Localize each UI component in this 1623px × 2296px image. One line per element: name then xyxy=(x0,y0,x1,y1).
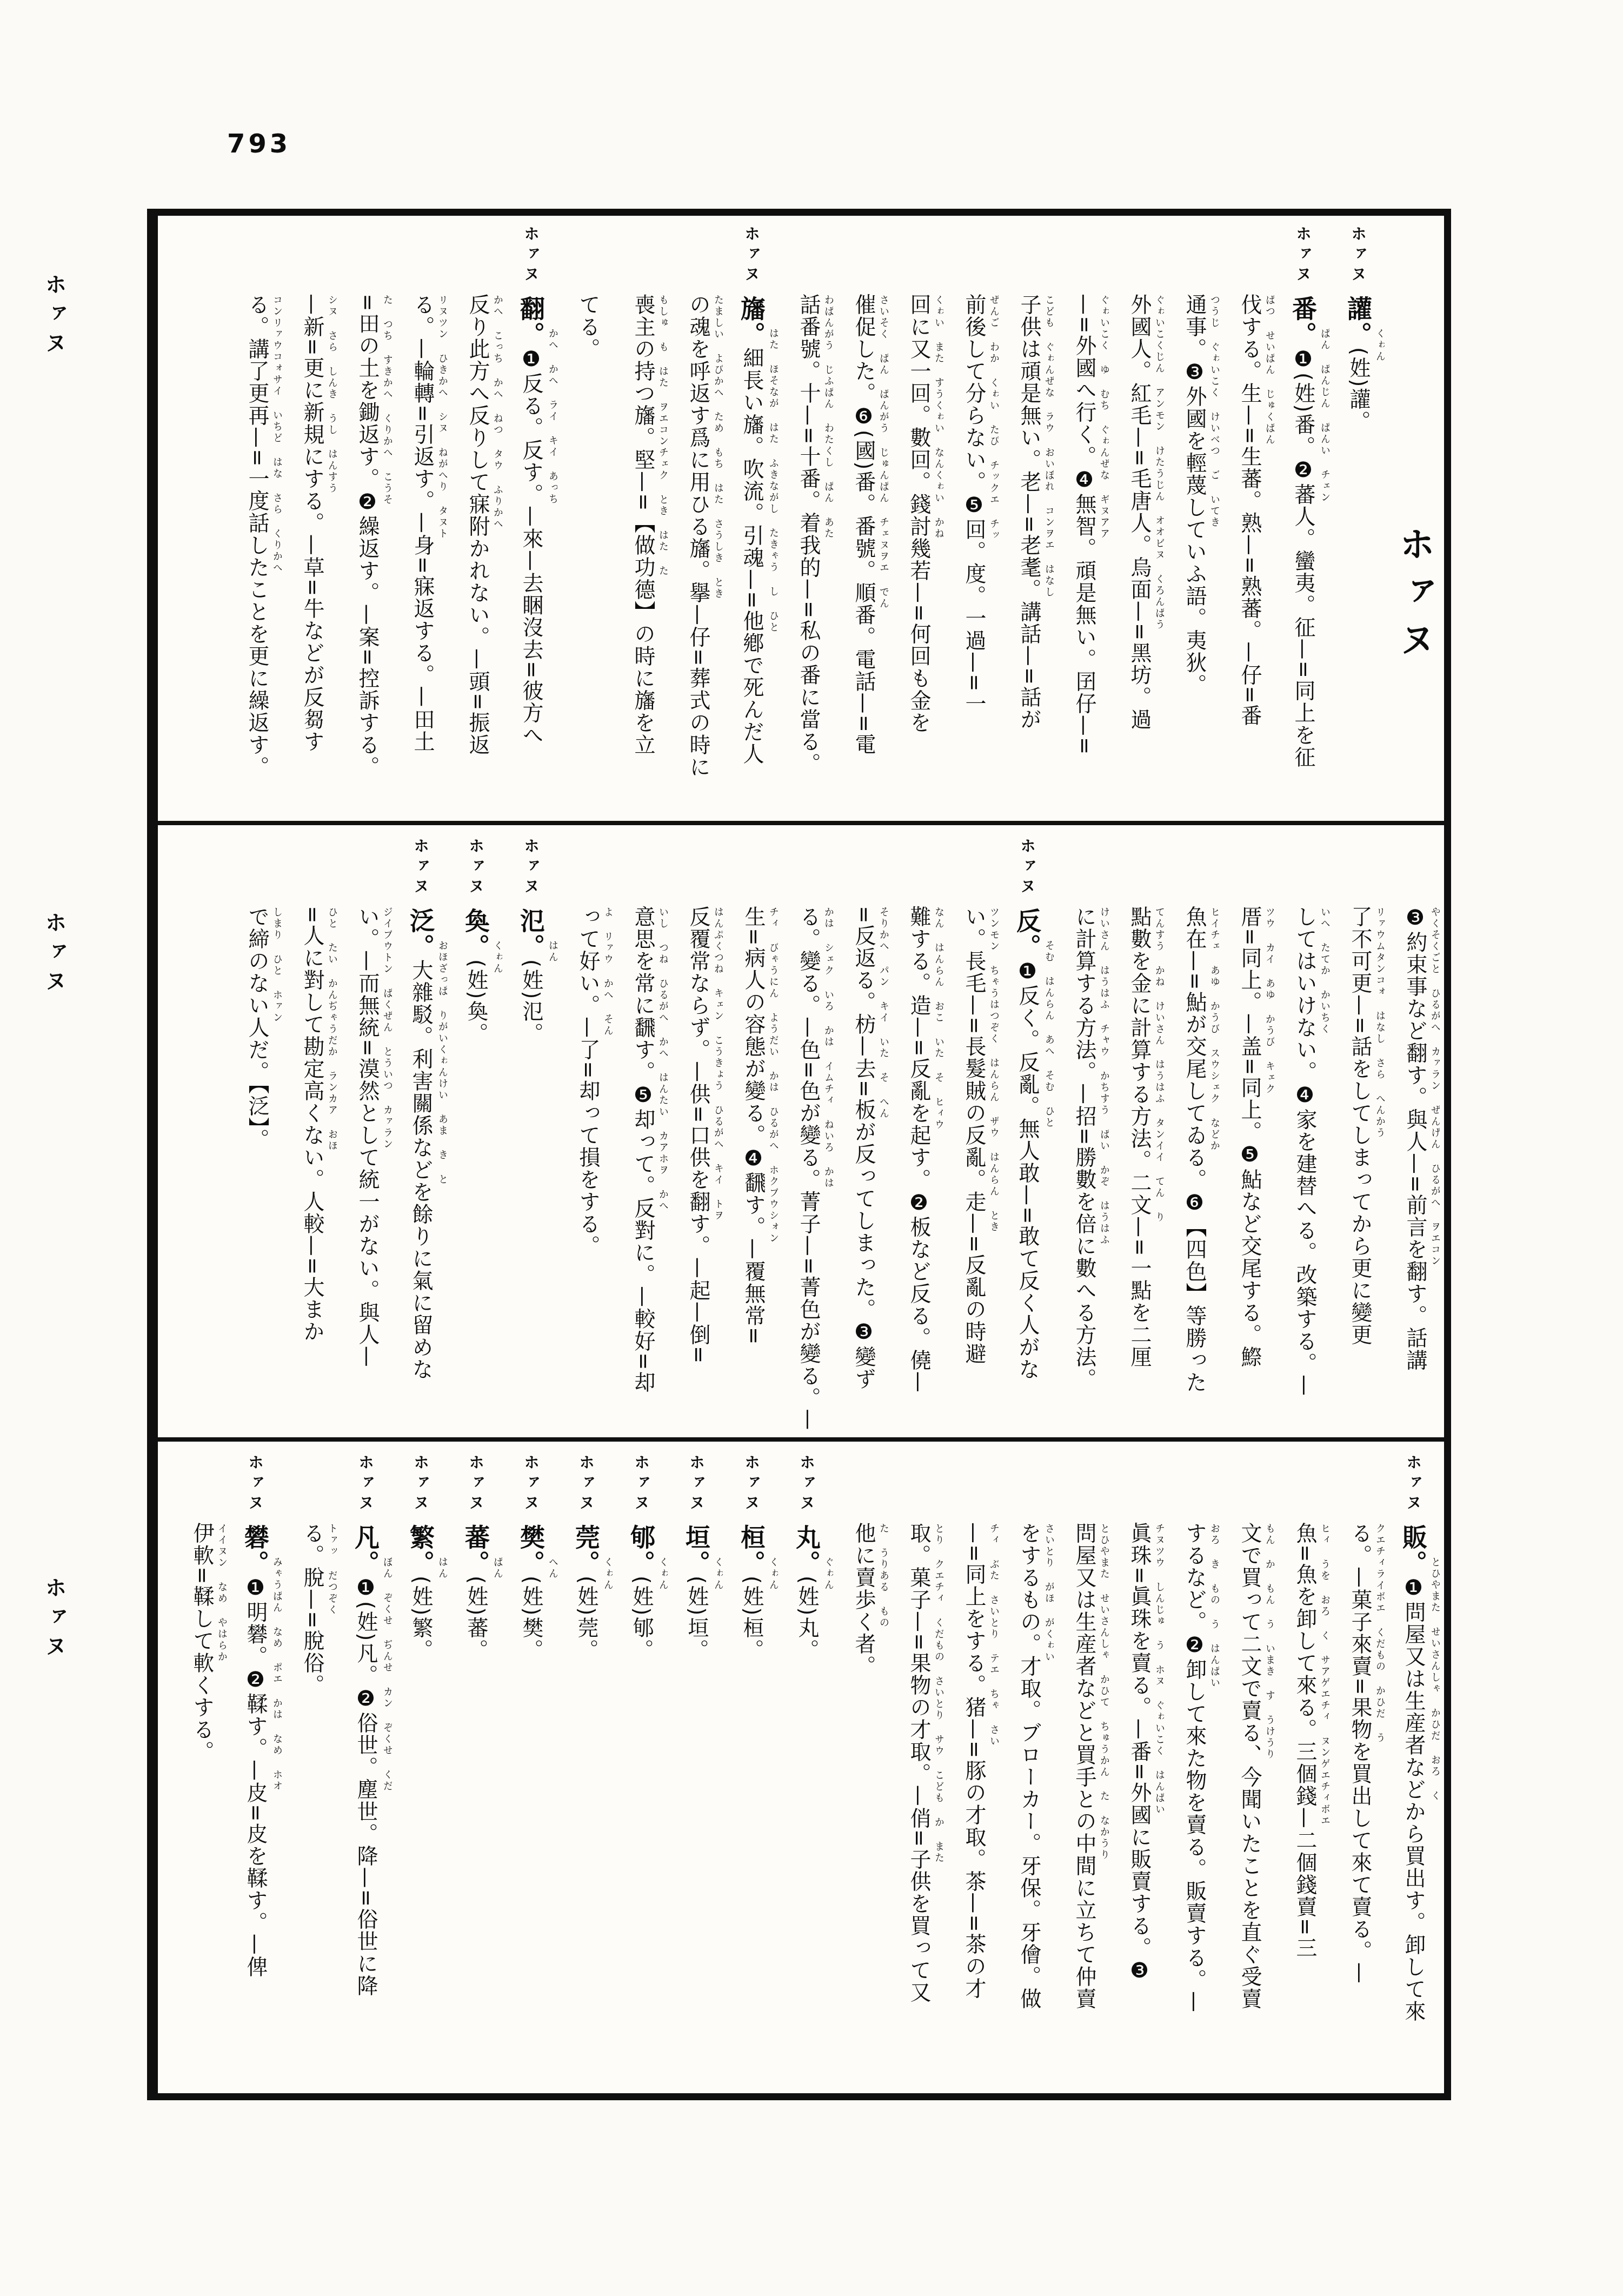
column-text: ホァヌ 莞。(姓)莞。 xyxy=(573,1454,598,1661)
entry-column: ホァヌ 蕃。(姓)蕃。ばん xyxy=(446,1454,501,2092)
entry-reading: ホァヌ xyxy=(522,838,540,907)
column-text: ホァヌ 桓。(姓)桓。 xyxy=(738,1454,764,1661)
text-column: い。—而無統=漠然として統一がない。與人—ジイブウトン ばくぜん とういつ カァ… xyxy=(336,838,391,1427)
entry-reading: ホァヌ xyxy=(1294,225,1312,295)
entry-reading: ホァヌ xyxy=(1018,838,1036,907)
furigana: かへ こっち かへ ねつ タウ ふりかへ xyxy=(493,295,502,530)
furigana: チヌツウ しんじゅ う ホヌ ぐゎいこく はんばい xyxy=(1154,1523,1164,1815)
column-text: ホァヌ 郇。(姓)郇。 xyxy=(628,1454,654,1661)
text-column: 魚在—=鮎が交尾してゐる。❻【四色】等勝ったヒイチェ あゆ かうび スウシェク … xyxy=(1163,838,1218,1427)
furigana: わばんがう じふばん わたくし ばん あた xyxy=(823,295,833,540)
entry-reading: ホァヌ xyxy=(411,1454,430,1524)
text-column: 回に又一回。數回。錢討幾若—=何回も金をくゎい また すうくゎい なんくゎい か… xyxy=(887,225,942,811)
furigana: くゎん xyxy=(713,1557,723,1591)
text-column: 魚=魚を卸して來る。三個錢—二個錢賣=三ヒィ うを おろ く サアゲエチィ ヌン… xyxy=(1273,1454,1328,2092)
guide-word: ホァヌ xyxy=(1383,225,1439,811)
text-column: =人に對して勘定高くない。人較—=大まかひと たい かんぢゃうだか ランカア お… xyxy=(281,838,336,1427)
column-text: をするもの。才取。ブローカー。牙保。牙儈。做 xyxy=(1017,1454,1040,2010)
headword: 桓。 xyxy=(737,1524,766,1576)
band-3: ホァヌ 販。❶問屋又は生産者などから買出す。卸して來とひやまた せいさんしゃ か… xyxy=(163,1454,1439,2092)
text-column: =田の土を鋤返す。❷繰返す。—案=控訴する。た つち すきかへ くりかへ こうそ xyxy=(336,225,391,811)
furigana: ばん xyxy=(493,1557,502,1580)
text-column: る。變る。—色=色が變る。菁子—=菁色が變る。—かは シェク いろ かは イムチ… xyxy=(777,838,832,1427)
column-text: 伊軟=鞣して軟くする。 xyxy=(190,1454,212,1763)
column-text: 點數を金に計算する方法。二文—=一點を二厘 xyxy=(1128,838,1150,1368)
furigana: とり クエチィ くだもの さいとり サウ こども か また xyxy=(934,1523,943,1864)
entry-column: ホァヌ 反。❶反く。反亂。無人敢—=敢て反く人がなそむ はんらん あへ そむ ひ… xyxy=(997,838,1053,1427)
headword: 泛。 xyxy=(406,907,435,959)
text-column: 伐する。生—=生蕃。熟—=熟蕃。—仔=番ばつ せいばん じゅくばん xyxy=(1218,225,1273,811)
column-text: ホァヌ 樊。(姓)樊。 xyxy=(517,1454,543,1661)
headword: 翻。 xyxy=(516,295,546,347)
entry-column: ホァヌ 繁。(姓)繁。はん xyxy=(391,1454,446,2092)
entry-reading: ホァヌ xyxy=(467,1454,485,1524)
text-column: 點數を金に計算する方法。二文—=一點を二厘てんすう かね けいさん はうはふ タ… xyxy=(1108,838,1163,1427)
furigana: た つち すきかへ くりかへ こうそ xyxy=(382,295,392,506)
furigana: くゎい また すうくゎい なんくゎい かね xyxy=(934,295,943,540)
entry-reading: ホァヌ xyxy=(687,1454,706,1524)
column-text: 反覆常ならず。—供=口供を翻す。—起—倒= xyxy=(687,838,709,1364)
text-column: 話番號。十—=十番。着我的—=私の番に當る。わばんがう じふばん わたくし ばん… xyxy=(777,225,832,811)
entry-column: ホァヌ 讙。(姓)讙。くゎん xyxy=(1328,225,1383,811)
entry-column: ホァヌ 郇。(姓)郇。くゎん xyxy=(611,1454,667,2092)
furigana: ぜんご わか くゎい たび チックエ チッ xyxy=(989,295,999,541)
furigana: ぐゎいこくじん アンモン けたうじん オオビヌ くろんばう xyxy=(1154,295,1164,631)
entry-reading: ホァヌ xyxy=(411,838,430,907)
entry-reading: ホァヌ xyxy=(522,1454,540,1524)
furigana: しまり ひと ホァン xyxy=(272,907,282,1024)
furigana: ツウ カイ あゆ かうび キェク xyxy=(1265,907,1274,1095)
furigana: ヒィ うを おろ く サアゲエチィ ヌンゲエチィボエ xyxy=(1320,1523,1329,1827)
furigana: つうじ ぐゎいこく けいべつ ご いてき xyxy=(1209,295,1219,528)
column-text: ホァヌ 泛。大雜駁。利害關係などを餘りに氣に留めな xyxy=(407,838,433,1381)
column-text: —新=更に新規にする。—草=牛などが反芻す xyxy=(301,225,323,752)
entry-column: ホァヌ 垣。(姓)垣。くゎん xyxy=(667,1454,722,2092)
column-text: 外國人。紅毛—=毛唐人。烏面—=黑坊。過 xyxy=(1128,225,1150,730)
furigana: はん xyxy=(437,1557,447,1580)
furigana: こども ぐゎんぜな ラウ おいぼれ コンヲエ はなし xyxy=(1044,295,1054,598)
column-text: してはいけない。❹家を建替へる。改築する。— xyxy=(1293,838,1315,1397)
entry-column: ホァヌ 礬。❶明礬。❷鞣す。—皮=皮を鞣す。—俾みゃうばん なめ ポエ かは な… xyxy=(225,1454,281,2092)
text-column: 反覆常ならず。—供=口供を翻す。—起—倒=はんぷくつね キェン こうきょう ひる… xyxy=(667,838,722,1427)
column-text: の魂を呼返す爲に用ひる旛。擧—仔=葬式の時に xyxy=(687,225,709,778)
furigana: なん はんらん おこ いた そ ヒィウ xyxy=(934,907,943,1131)
column-text: で締のない人だ。【泛】。 xyxy=(245,838,268,1151)
column-text: 魚在—=鮎が交尾してゐる。❻【四色】等勝った xyxy=(1183,838,1205,1393)
entry-reading: ホァヌ xyxy=(632,1454,650,1524)
column-text: ホァヌ 氾。(姓)氾。 xyxy=(517,838,543,1045)
text-column: る。—輪轉=引返す。—身=寐返する。—田土リヌツン ひきかへ シヌ ねがへり タ… xyxy=(391,225,446,811)
column-text: る。脫—=脫俗。 xyxy=(301,1454,323,1696)
furigana: おほざっぱ りがいくゎんけい あま き と xyxy=(437,940,447,1185)
furigana: やくそくごと ひるがへ カァラン ぜんげん ひるがへ ヲエコン xyxy=(1430,907,1440,1267)
column-text: 話番號。十—=十番。着我的—=私の番に當る。 xyxy=(797,225,819,774)
furigana: た うりある もの xyxy=(879,1523,888,1629)
headword: 凡。 xyxy=(351,1524,380,1576)
headword: 奐。 xyxy=(461,907,490,959)
furigana: くゎん xyxy=(768,1557,778,1591)
text-column: 前後して分らない。❺回。度。一過—=一ぜんご わか くゎい たび チックエ チッ xyxy=(942,225,997,811)
band-2: ❸約束事など翻す。與人—=前言を翻す。話講やくそくごと ひるがへ カァラン ぜん… xyxy=(163,838,1439,1427)
furigana: ヒイチェ あゆ かうび スウシェク などか xyxy=(1209,907,1219,1152)
column-text: —=同上をする。猪—=豚の才取。茶—=茶の才 xyxy=(962,1454,985,2000)
column-text: る。—輪轉=引返す。—身=寐返する。—田土 xyxy=(411,225,433,752)
furigana: クエチィライボエ くだもの かひだ う xyxy=(1375,1523,1385,1744)
column-text: ホァヌ 讙。(姓)讙。 xyxy=(1345,225,1371,433)
column-text: 難する。造—=反亂を起す。❷板など反る。僥— xyxy=(907,838,929,1393)
entry-reading: ホァヌ xyxy=(1404,1454,1422,1524)
text-column: る。脫—=脫俗。トァッ だつぞく xyxy=(281,1454,336,2092)
text-column: い。長毛—=長髮賊の反亂。走—=反亂の時避ツンモン ちゃうはつぞく はんらん ザ… xyxy=(942,838,997,1427)
furigana: おろ き もの う はんばい xyxy=(1209,1523,1219,1689)
column-text: =反返る。枋—去=板が反ってしまった。❸變ず xyxy=(852,838,874,1390)
page-number: 793 xyxy=(227,129,291,159)
text-column: 眞珠=眞珠を賣る。—番=外國に販賣する。❸チヌツウ しんじゅ う ホヌ ぐゎいこ… xyxy=(1108,1454,1163,2092)
column-text: 厝=同上。—盖=同上。❺鮎など交尾する。鰶 xyxy=(1238,838,1260,1368)
furigana: くゎん xyxy=(493,940,502,974)
band-1: ホァヌホァヌ 讙。(姓)讙。くゎんホァヌ 番。❶(姓)番。❷蕃人。蠻夷。征—=同… xyxy=(163,225,1439,811)
entry-reading: ホァヌ xyxy=(356,1454,375,1524)
column-text: 眞珠=眞珠を賣る。—番=外國に販賣する。❸ xyxy=(1128,1454,1150,1984)
furigana: そむ はんらん あへ そむ ひと xyxy=(1044,940,1054,1129)
entry-column: ホァヌ 桓。(姓)桓。くゎん xyxy=(722,1454,777,2092)
page-border-box: ホァヌホァヌ 讙。(姓)讙。くゎんホァヌ 番。❶(姓)番。❷蕃人。蠻夷。征—=同… xyxy=(147,209,1451,2100)
text-column: 反り此方へ反りして寐附かれない。—頭=振返かへ こっち かへ ねつ タウ ふりか… xyxy=(446,225,501,811)
column-text: 文で買って二文で賣る、今聞いたことを直ぐ受賣 xyxy=(1238,1454,1260,2010)
column-text: 回に又一回。數回。錢討幾若—=何回も金を xyxy=(907,225,929,734)
column-text: てる。 xyxy=(576,225,598,360)
text-column: 難する。造—=反亂を起す。❷板など反る。僥—なん はんらん おこ いた そ ヒィ… xyxy=(887,838,942,1427)
entry-reading: ホァヌ xyxy=(742,225,761,295)
column-text: る。講了更再—=一度話したことを更に繰返す。 xyxy=(245,225,268,778)
entry-reading: ホァヌ xyxy=(742,1454,761,1524)
column-text: る。—菓子來賣=果物を買出して來て賣る。— xyxy=(1348,1454,1371,1985)
headword: 蕃。 xyxy=(461,1524,490,1576)
column-text: —=外國へ行く。❹無智。頑是無い。囝仔—= xyxy=(1073,225,1095,755)
column-text: ホァヌ 凡。❶(姓)凡。❷俗世。塵世。降—=俗世に降 xyxy=(352,1454,378,1996)
column-text: 問屋又は生産者などと買手との中間に立ちて仲賣 xyxy=(1073,1454,1095,2010)
furigana: もしゅ も はた ヲエコンチェク とき はた た xyxy=(658,295,668,577)
furigana: へん xyxy=(548,1557,557,1580)
furigana: はんぷくつね キェン こうきょう ひるがへ キイ トヲ xyxy=(713,907,723,1222)
column-text: い。—而無統=漠然として統一がない。與人— xyxy=(356,838,378,1368)
headword: 販。 xyxy=(1399,1524,1428,1576)
entry-column: ホァヌ 奐。(姓)奐。くゎん xyxy=(446,838,501,1427)
furigana: とひやまた せいさんしゃ かひて ちゅうかん た なかうり xyxy=(1099,1523,1109,1861)
text-column: 生=病人の容態が變る。❹飜す。—覆無常=チィ びゃうにん ようだい かは ひるが… xyxy=(722,838,777,1427)
furigana: そりかへ パン キイ いた そ へん xyxy=(879,907,888,1119)
text-column: る。講了更再—=一度話したことを更に繰返す。コンリァウコォサイ いちど はな さ… xyxy=(225,225,281,811)
entry-reading: ホァヌ xyxy=(467,838,485,907)
text-column: って好い。—了=却って損をする。よ リァウ かへ そん xyxy=(556,838,611,1427)
furigana: ぼん ぞくせ ぢんせ カン ぞくせ くだ xyxy=(382,1557,392,1792)
text-column: 取。菓子—=果物の才取。—俏=子供を買って又とり クエチィ くだもの さいとり … xyxy=(887,1454,942,2092)
furigana: チィ ぶた さいとり テエ ちゃ さい xyxy=(989,1523,999,1747)
furigana: ばん ばんじん ばんい チェン xyxy=(1320,328,1329,503)
furigana: コンリァウコォサイ いちど はな さら くりかへ xyxy=(272,295,282,574)
text-column: 厝=同上。—盖=同上。❺鮎など交尾する。鰶ツウ カイ あゆ かうび キェク xyxy=(1218,838,1273,1427)
entry-column: ホァヌ 樊。(姓)樊。へん xyxy=(501,1454,556,2092)
text-column: —=同上をする。猪—=豚の才取。茶—=茶の才チィ ぶた さいとり テエ ちゃ さ… xyxy=(942,1454,997,2092)
headword: 莞。 xyxy=(571,1524,601,1576)
column-text: ホァヌ 繁。(姓)繁。 xyxy=(407,1454,433,1661)
furigana: もん か もん う いまき す うけうり xyxy=(1265,1523,1274,1760)
text-column: 外國人。紅毛—=毛唐人。烏面—=黑坊。過ぐゎいこくじん アンモン けたうじん オ… xyxy=(1108,225,1163,811)
column-text: 反り此方へ反りして寐附かれない。—頭=振返 xyxy=(466,225,488,756)
furigana: けいさん はうはふ チャウ かちすう ばい かぞ はうはふ xyxy=(1099,907,1109,1246)
column-text: 通事。❸外國を輕蔑していふ語。夷狄。 xyxy=(1183,225,1205,696)
text-column: してはいけない。❹家を建替へる。改築する。—いへ たてか かいちく xyxy=(1273,838,1328,1427)
entry-reading: ホァヌ xyxy=(577,1454,595,1524)
headword: 郇。 xyxy=(627,1524,656,1576)
furigana: よ リァウ かへ そん xyxy=(603,907,613,1037)
section-divider-1 xyxy=(158,821,1444,825)
headword: 氾。 xyxy=(516,907,546,959)
furigana: ツンモン ちゃうはつぞく はんらん ザウ はんらん とき xyxy=(989,907,999,1233)
furigana: はた ほそなが はた ふきながし たきゃう し ひと xyxy=(768,328,778,633)
entry-column: ホァヌ 旛。細長い旛。吹流。引魂—=他鄕で死んだ人はた ほそなが はた ふきなが… xyxy=(722,225,777,811)
furigana: リヌツン ひきかへ シヌ ねがへり タヌト xyxy=(437,295,447,540)
column-text: ホァヌ 垣。(姓)垣。 xyxy=(683,1454,709,1661)
column-text: 了不可更—=話をしてしまってから更に變更 xyxy=(1348,838,1371,1346)
furigana: くゎん xyxy=(658,1557,668,1591)
column-text: 催促した。❻(國)番。番號。順番。電話—=電 xyxy=(852,225,874,755)
text-column: 催促した。❻(國)番。番號。順番。電話—=電さいそく ばん ばんがう じゅんばん… xyxy=(832,225,887,811)
column-text: 喪主の持つ旛。堅—=【做功德】の時に旛を立 xyxy=(631,225,654,756)
text-column: 通事。❸外國を輕蔑していふ語。夷狄。つうじ ぐゎいこく けいべつ ご いてき xyxy=(1163,225,1218,811)
furigana: トァッ だつぞく xyxy=(327,1523,337,1616)
furigana: ジイブウトン ばくぜん とういつ カァラン xyxy=(382,907,392,1150)
section-divider-2 xyxy=(158,1437,1444,1442)
column-text: ホァヌ 旛。細長い旛。吹流。引魂—=他鄕で死んだ人 xyxy=(738,225,764,765)
text-column: る。—菓子來賣=果物を買出して來て賣る。—クエチィライボエ くだもの かひだ う xyxy=(1328,1454,1383,2092)
furigana: みゃうばん なめ ポエ かは なめ ホオ xyxy=(272,1557,282,1792)
text-column: 他に賣歩く者。た うりある もの xyxy=(832,1454,887,2092)
furigana: いへ たてか かいちく xyxy=(1320,907,1329,1035)
furigana: ひと たい かんぢゃうだか ランカア おほ xyxy=(327,907,337,1152)
margin-tab-top: ホァヌ xyxy=(39,273,70,361)
column-text: 他に賣歩く者。 xyxy=(852,1454,874,1677)
text-column: で締のない人だ。【泛】。しまり ひと ホァン xyxy=(225,838,281,1427)
entry-column: ホァヌ 販。❶問屋又は生産者などから買出す。卸して來とひやまた せいさんしゃ か… xyxy=(1383,1454,1439,2092)
column-text: 子供は頑是無い。老—=老耄。講話—=話が xyxy=(1017,225,1040,730)
furigana: ぐゎいこく ゆ むち ぐゎんぜな ギヌアア xyxy=(1099,295,1109,540)
headword: 反。 xyxy=(1013,907,1042,959)
furigana: さいとり がほ がくゎい xyxy=(1044,1523,1054,1663)
furigana: かへ かへ ライ キイ あっち xyxy=(548,328,557,505)
entry-column: ホァヌ 莞。(姓)莞。くゎん xyxy=(556,1454,611,2092)
headword: 丸。 xyxy=(792,1524,821,1576)
headword: 旛。 xyxy=(737,295,766,347)
column-text: 伐する。生—=生蕃。熟—=熟蕃。—仔=番 xyxy=(1238,225,1260,727)
column-text: に計算する方法。—招=勝數を倍に數へる方法。 xyxy=(1073,838,1095,1390)
furigana: チィ びゃうにん ようだい かは ひるがへ ホクブウシォン xyxy=(768,907,778,1244)
text-column: —=外國へ行く。❹無智。頑是無い。囝仔—=ぐゎいこく ゆ むち ぐゎんぜな ギヌ… xyxy=(1053,225,1108,811)
furigana: シヌ さら しんき うし はんすう xyxy=(327,295,337,494)
headword: 樊。 xyxy=(516,1524,546,1576)
column-text: ホァヌ 丸。(姓)丸。 xyxy=(793,1454,819,1661)
column-text: ホァヌ 番。❶(姓)番。❷蕃人。蠻夷。征—=同上を征 xyxy=(1289,225,1315,768)
text-column: ❸約束事など翻す。與人—=前言を翻す。話講やくそくごと ひるがへ カァラン ぜん… xyxy=(1383,838,1439,1427)
entry-column: ホァヌ 凡。❶(姓)凡。❷俗世。塵世。降—=俗世に降ぼん ぞくせ ぢんせ カン … xyxy=(336,1454,391,2092)
text-column: 子供は頑是無い。老—=老耄。講話—=話がこども ぐゎんぜな ラウ おいぼれ コン… xyxy=(997,225,1053,811)
furigana: さいそく ばん ばんがう じゅんばん チェヌヲエ でん xyxy=(879,295,888,609)
text-column: 了不可更—=話をしてしまってから更に變更リァウムタンコォ はなし さら へんかう xyxy=(1328,838,1383,1427)
text-column: 問屋又は生産者などと買手との中間に立ちて仲賣とひやまた せいさんしゃ かひて ち… xyxy=(1053,1454,1108,2092)
column-text: る。變る。—色=色が變る。菁子—=菁色が變る。— xyxy=(797,838,819,1431)
furigana: たましい よびかへ ため もち はた さうしき とき xyxy=(713,295,723,600)
text-column: に計算する方法。—招=勝數を倍に數へる方法。けいさん はうはふ チャウ かちすう… xyxy=(1053,838,1108,1427)
text-column: てる。 xyxy=(556,225,611,811)
column-text: 生=病人の容態が變る。❹飜す。—覆無常= xyxy=(742,838,764,1345)
entry-reading: ホァヌ xyxy=(1349,225,1367,295)
furigana: くゎん xyxy=(603,1557,613,1591)
text-column: 意思を常に飜す。❺却って。反對に。—較好=却いし つね ひるがへ かへ はんたい… xyxy=(611,838,667,1427)
entry-column: ホァヌ 番。❶(姓)番。❷蕃人。蠻夷。征—=同上を征ばん ばんじん ばんい チェ… xyxy=(1273,225,1328,811)
furigana: かは シェク いろ かは イムチィ ねいろ かは xyxy=(823,907,833,1189)
furigana: ばつ せいばん じゅくばん xyxy=(1265,295,1274,446)
column-text: 魚=魚を卸して來る。三個錢—二個錢賣=三 xyxy=(1293,1454,1315,1959)
margin-tab-bottom: ホァヌ xyxy=(39,1576,70,1664)
text-column: の魂を呼返す爲に用ひる旛。擧—仔=葬式の時にたましい よびかへ ため もち はた… xyxy=(667,225,722,811)
entry-column: ホァヌ 翻。❶反る。反す。—來—去睏沒去=彼方へかへ かへ ライ キイ あっち xyxy=(501,225,556,811)
margin-tab-middle: ホァヌ xyxy=(39,911,70,999)
entry-column: ホァヌ 泛。大雜駁。利害關係などを餘りに氣に留めなおほざっぱ りがいくゎんけい … xyxy=(391,838,446,1427)
column-text: ホァヌ 蕃。(姓)蕃。 xyxy=(462,1454,488,1661)
furigana: リァウムタンコォ はなし さら へんかう xyxy=(1375,907,1385,1139)
headword: 番。 xyxy=(1288,295,1318,347)
entry-column: ホァヌ 丸。(姓)丸。ぐゎん xyxy=(777,1454,832,2092)
column-text: ホァヌ 販。❶問屋又は生産者などから買出す。卸して來 xyxy=(1400,1454,1426,2022)
column-text: ホァヌ 礬。❶明礬。❷鞣す。—皮=皮を鞣す。—俾 xyxy=(242,1454,268,1978)
headword: 讙。 xyxy=(1343,295,1373,347)
column-text: って好い。—了=却って損をする。 xyxy=(576,838,598,1257)
column-text: するなど。❷卸して來た物を賣る。販賣する。— xyxy=(1183,1454,1205,2013)
text-column: をするもの。才取。ブローカー。牙保。牙儈。做さいとり がほ がくゎい xyxy=(997,1454,1053,2092)
furigana: くゎん xyxy=(1375,328,1385,362)
column-text: ホァヌ 翻。❶反る。反す。—來—去睏沒去=彼方へ xyxy=(517,225,543,746)
furigana: はん xyxy=(548,940,557,963)
column-text: ホァヌ 反。❶反く。反亂。無人敢—=敢て反く人がな xyxy=(1014,838,1040,1381)
entry-reading: ホァヌ xyxy=(797,1454,816,1524)
column-text: =人に對して勘定高くない。人較—=大まか xyxy=(301,838,323,1342)
entry-column: ホァヌ 氾。(姓)氾。はん xyxy=(501,838,556,1427)
headword: 繁。 xyxy=(406,1524,435,1576)
furigana: てんすう かね けいさん はうはふ タンイイ てん り xyxy=(1154,907,1164,1223)
column-text: ❸約束事など翻す。與人—=前言を翻す。話講 xyxy=(1404,838,1426,1371)
column-text: ホァヌ xyxy=(1395,225,1432,668)
entry-reading: ホァヌ xyxy=(246,1454,264,1524)
furigana: いし つね ひるがへ かへ はんたい カアホヲ かへ xyxy=(658,907,668,1212)
column-text: 意思を常に飜す。❺却って。反對に。—較好=却 xyxy=(631,838,654,1393)
text-column: 喪主の持つ旛。堅—=【做功德】の時に旛を立もしゅ も はた ヲエコンチェク とき… xyxy=(611,225,667,811)
text-column: 伊軟=鞣して軟くする。イイヌン なめ やはらか xyxy=(170,1454,225,2092)
headword: 礬。 xyxy=(241,1524,270,1576)
text-column: するなど。❷卸して來た物を賣る。販賣する。—おろ き もの う はんばい xyxy=(1163,1454,1218,2092)
text-column: 文で買って二文で賣る、今聞いたことを直ぐ受賣もん か もん う いまき す うけ… xyxy=(1218,1454,1273,2092)
entry-reading: ホァヌ xyxy=(522,225,540,295)
headword: 垣。 xyxy=(682,1524,711,1576)
column-text: 前後して分らない。❺回。度。一過—=一 xyxy=(962,225,985,715)
column-text: 取。菓子—=果物の才取。—俏=子供を買って又 xyxy=(907,1454,929,2003)
column-text: い。長毛—=長髮賊の反亂。走—=反亂の時避 xyxy=(962,838,985,1364)
column-text: =田の土を鋤返す。❷繰返す。—案=控訴する。 xyxy=(356,225,378,778)
text-column: =反返る。枋—去=板が反ってしまった。❸變ずそりかへ パン キイ いた そ へん xyxy=(832,838,887,1427)
column-text: ホァヌ 奐。(姓)奐。 xyxy=(462,838,488,1045)
furigana: ぐゎん xyxy=(823,1557,833,1591)
furigana: とひやまた せいさんしゃ かひだ おろ く xyxy=(1430,1557,1440,1802)
furigana: イイヌン なめ やはらか xyxy=(217,1523,227,1663)
text-column: —新=更に新規にする。—草=牛などが反芻すシヌ さら しんき うし はんすう xyxy=(281,225,336,811)
